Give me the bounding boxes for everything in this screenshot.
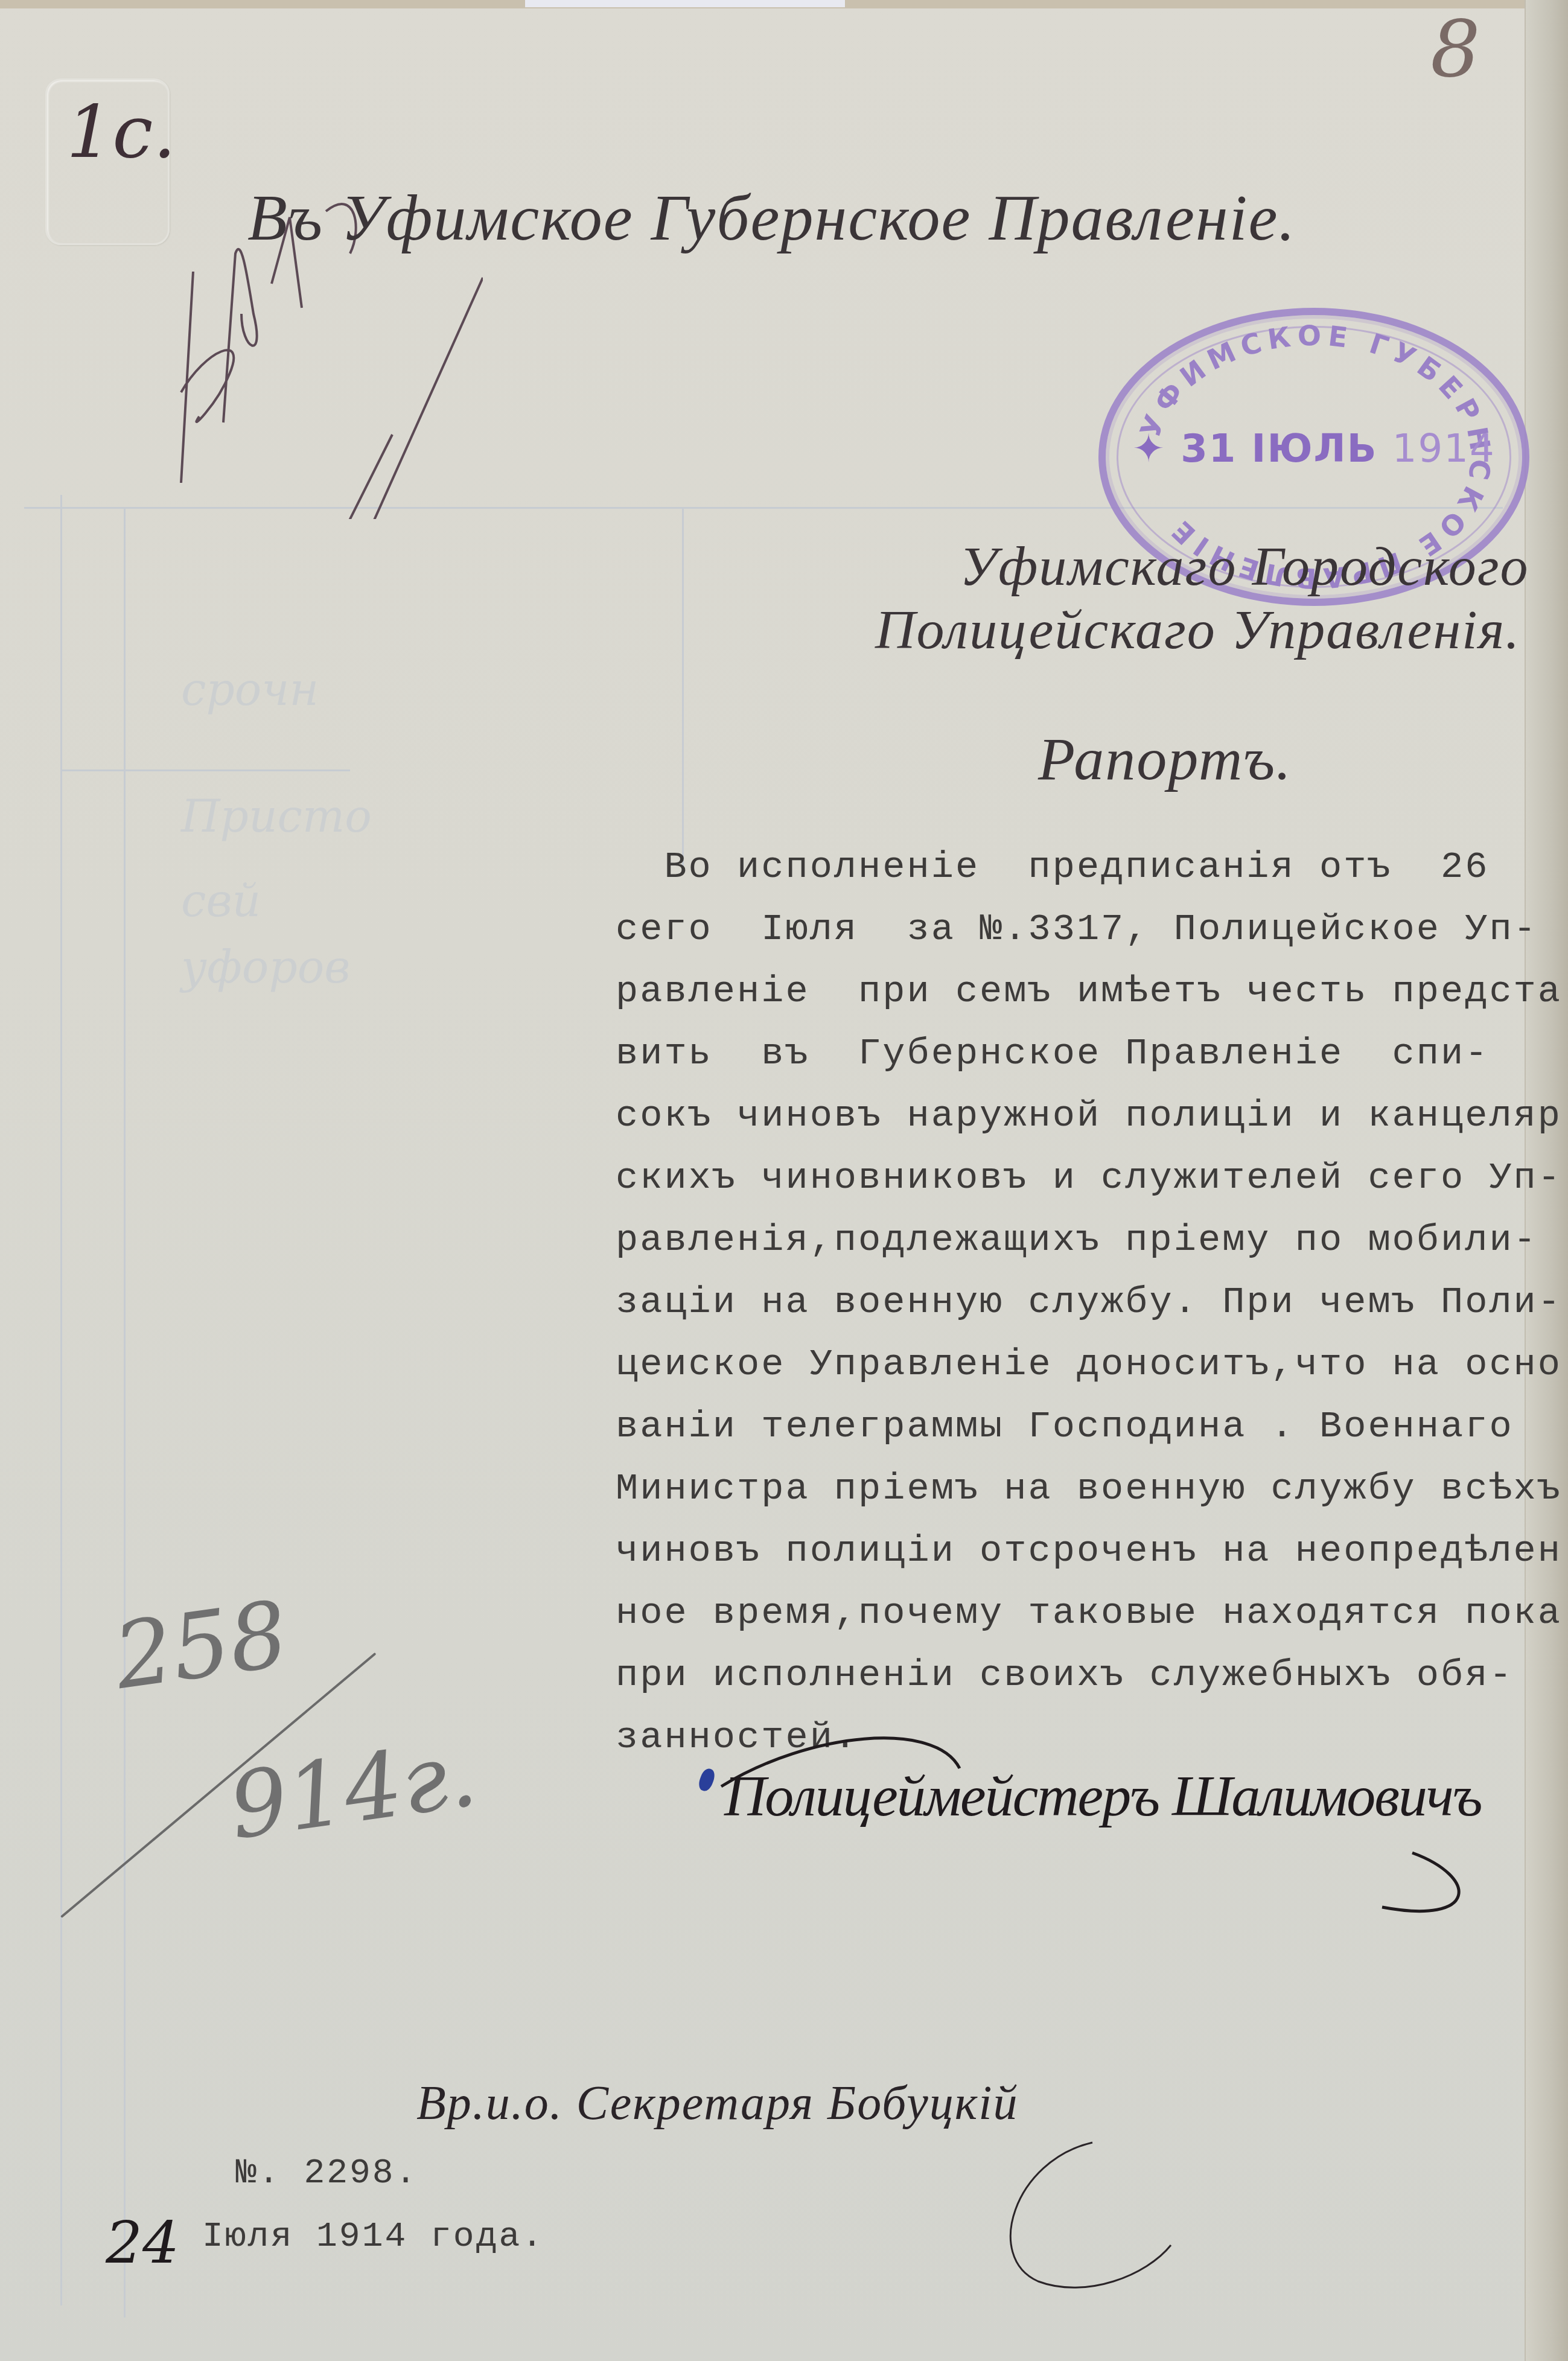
body-line: равленія,подлежащихъ пріему по мобили-: [616, 1209, 1509, 1271]
stamp-day: 31: [1181, 427, 1237, 471]
body-line: ное время,почему таковые находятся пока: [616, 1582, 1509, 1644]
document-date: Іюля 1914 года.: [202, 2206, 685, 2268]
archive-tab: [525, 0, 845, 7]
ghost-table-line: [682, 507, 684, 869]
document-page: Присто свй уфоров срочн 1с. 8 Въ Уфимско…: [0, 0, 1568, 2361]
body-line: заціи на военную службу. При чемъ Поли-: [616, 1271, 1509, 1333]
stamp-year: 1914: [1392, 427, 1496, 471]
ghost-text: свй: [181, 875, 261, 927]
ghost-text: Присто: [181, 791, 372, 843]
sheet-number: 8: [1430, 3, 1480, 95]
body-line: Министра пріемъ на военную службу всѣхъ: [616, 1458, 1509, 1520]
registry-denominator: 914г.: [223, 1721, 483, 1859]
body-line: сего Іюля за №.3317, Полицейское Уп-: [616, 898, 1509, 960]
body-line: скихъ чиновниковъ и служителей сего Уп-: [616, 1147, 1509, 1209]
document-date-text: Іюля 1914 года.: [202, 2206, 685, 2268]
outgoing-number-text: №. 2298.: [235, 2143, 598, 2205]
body-line: равленіе при семъ имѣетъ честь предста: [616, 960, 1509, 1022]
report-title: Рапортъ.: [1038, 724, 1292, 794]
body-line: при исполненіи своихъ служебныхъ обя-: [616, 1644, 1509, 1706]
date-day-handwritten: 24: [106, 2209, 179, 2277]
ghost-text: срочн: [181, 664, 319, 716]
body-line: цеиское Управленіе доноситъ,что на осно-: [616, 1333, 1509, 1395]
archive-code: 1с.: [66, 91, 176, 174]
ghost-text: уфоров: [181, 942, 350, 993]
report-body: Во исполненіе предписанія отъ 26 сего Ію…: [616, 836, 1509, 1768]
body-line: вить въ Губернское Правленіе спи-: [616, 1022, 1509, 1085]
body-line: чиновъ полиціи отсроченъ на неопредѣлен: [616, 1520, 1509, 1582]
addressee: Въ Уфимское Губернское Правленіе.: [247, 181, 1296, 256]
body-line: Во исполненіе предписанія отъ 26: [616, 836, 1509, 898]
registry-numerator: 258: [108, 1582, 294, 1710]
outgoing-number: №. 2298.: [235, 2143, 598, 2205]
sender-line-1: Уфимскаго Городского: [960, 534, 1529, 598]
signature-flourish: [718, 1732, 1485, 1925]
body-line: сокъ чиновъ наружной полиціи и канцеляр-: [616, 1085, 1509, 1147]
sender-line-2: Полицейскаго Управленія.: [875, 597, 1520, 661]
blue-pencil-mark: [696, 1767, 717, 1792]
ghost-table-line: [124, 507, 126, 2318]
body-line: ваніи телеграммы Господина . Военнаго: [616, 1395, 1509, 1458]
secretary-flourish: [990, 2136, 1183, 2305]
secretary-signature: Вр.и.о. Секретаря Бобуцкій: [416, 2076, 1019, 2131]
stamp-month: ІЮЛЬ: [1252, 427, 1378, 471]
ghost-table-line: [60, 495, 62, 2305]
stamp-star-icon: ✦: [1132, 427, 1181, 471]
ghost-table-line: [60, 769, 350, 771]
stamp-date: ✦ 31 ІЮЛЬ 1914: [1106, 427, 1522, 471]
